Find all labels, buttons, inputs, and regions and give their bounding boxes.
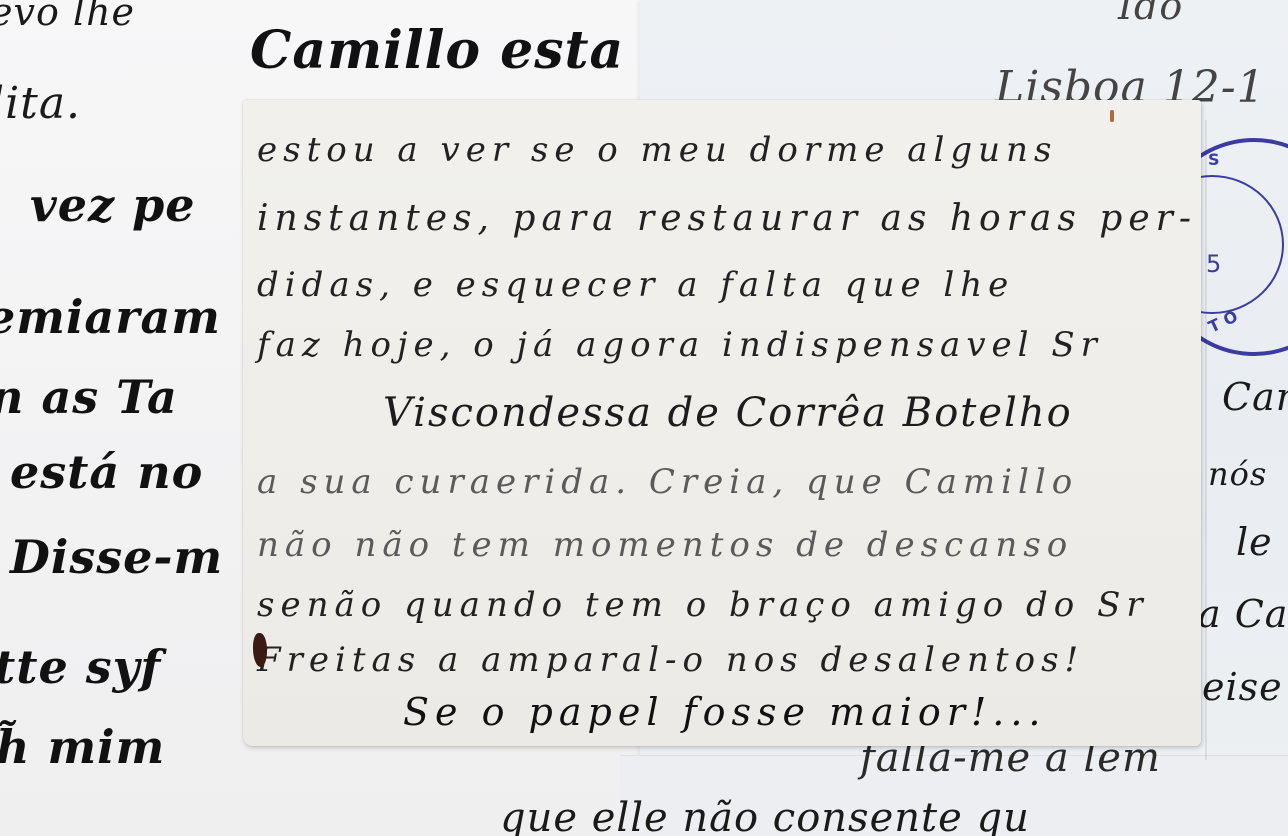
left-letter-line: emiaram [0, 290, 221, 344]
right-letter-line: le [1236, 520, 1273, 564]
paper-edge-shadow [1205, 120, 1207, 760]
right-letter-line: Ido [1118, 0, 1183, 28]
right-letter-line: a Cai [1198, 592, 1288, 636]
printed-name-viscondessa: Viscondessa de Corrêa Botelho [383, 390, 1073, 436]
card-line: instantes, para restaurar as horas per- [257, 198, 1197, 239]
right-letter-line: Can [1222, 375, 1288, 419]
visiting-card: estou a ver se o meu dorme alguns instan… [243, 100, 1201, 746]
left-letter-line: Disse-m [10, 530, 223, 584]
left-letter-line: evo lhe [0, 0, 135, 34]
left-letter-line: h̃ mim [0, 720, 165, 774]
card-line: não não tem momentos de descanso [257, 525, 1073, 565]
card-line: senão quando tem o braço amigo do Sr [257, 585, 1149, 625]
left-letter-line: Camillo esta [250, 20, 624, 81]
stamp-letter: 5 [1206, 250, 1221, 278]
left-letter-line: tte syf [0, 640, 161, 694]
left-letter-line: vez pe [30, 178, 196, 232]
right-letter-line: que elle não consente qu [500, 795, 1030, 836]
card-line: a sua curaerida. Creia, que Camillo [257, 462, 1078, 502]
right-letter-line: eise [1202, 665, 1283, 709]
left-letter-line: está no [10, 445, 203, 499]
rust-spot [1110, 110, 1114, 122]
left-letter-line: n as Ta [0, 370, 178, 424]
left-letter-line: lita. [0, 78, 81, 129]
card-line-closing: Se o papel fosse maior!... [403, 690, 1047, 734]
ink-blot [253, 633, 267, 667]
card-line: estou a ver se o meu dorme alguns [257, 130, 1057, 170]
right-letter-line: nós [1208, 455, 1267, 493]
card-line: didas, e esquecer a falta que lhe [257, 265, 1014, 305]
card-line: Freitas a amparal-o nos desalentos! [257, 640, 1084, 680]
stamp-letter: S [1208, 150, 1220, 169]
card-line: faz hoje, o já agora indispensavel Sr [257, 325, 1103, 365]
